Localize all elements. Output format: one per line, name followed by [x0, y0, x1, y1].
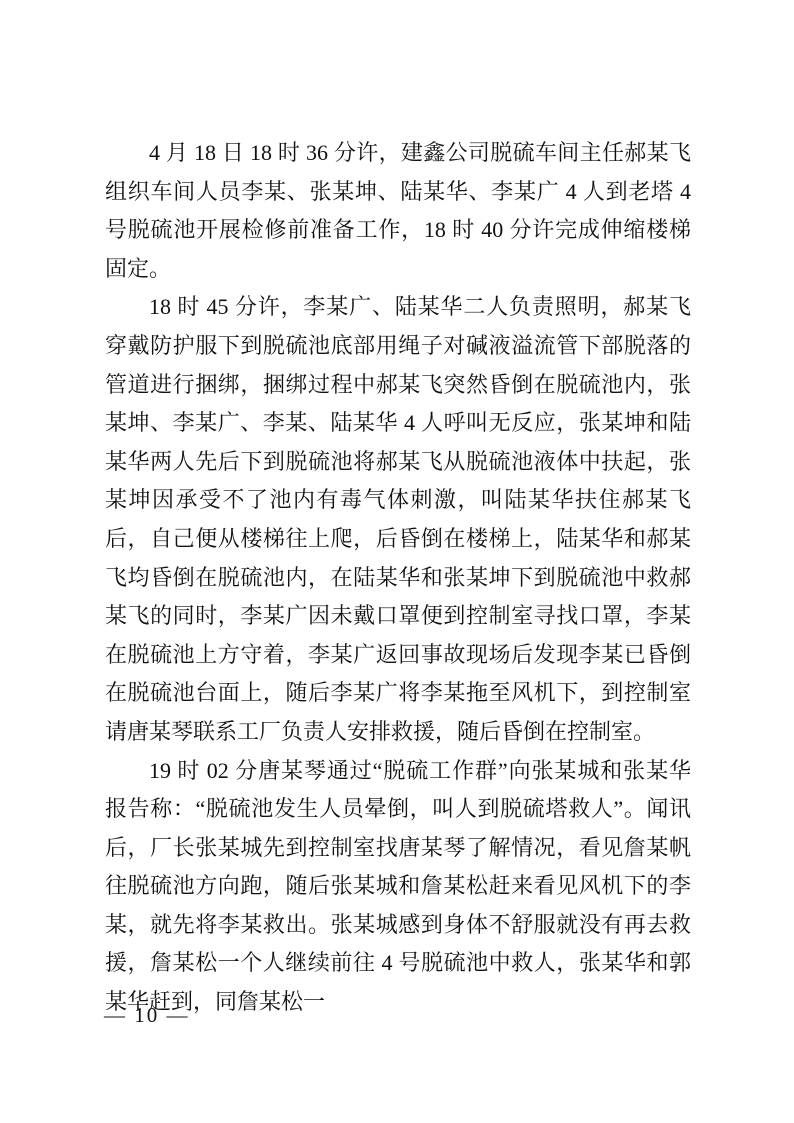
paragraph-3: 19 时 02 分唐某琴通过“脱硫工作群”向张某城和张某华报告称：“脱硫池发生人…: [105, 752, 691, 1022]
paragraph-1: 4 月 18 日 18 时 36 分许，建鑫公司脱硫车间主任郝某飞组织车间人员李…: [105, 134, 691, 288]
page-number: — 10 —: [104, 1003, 190, 1027]
document-page: 4 月 18 日 18 时 36 分许，建鑫公司脱硫车间主任郝某飞组织车间人员李…: [0, 0, 794, 1123]
paragraph-2: 18 时 45 分许，李某广、陆某华二人负责照明，郝某飞穿戴防护服下到脱硫池底部…: [105, 288, 691, 751]
document-body: 4 月 18 日 18 时 36 分许，建鑫公司脱硫车间主任郝某飞组织车间人员李…: [105, 134, 691, 1022]
page-footer: — 10 —: [104, 1000, 190, 1030]
